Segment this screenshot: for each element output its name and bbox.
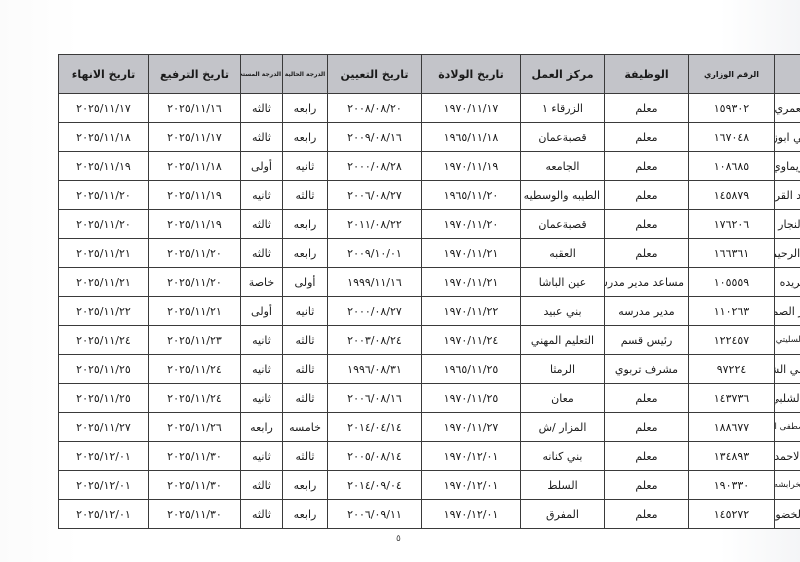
cell-due-grade: ثالثه — [241, 239, 283, 268]
cell-work-center: الرمثا — [521, 355, 605, 384]
cell-work-center: معان — [521, 384, 605, 413]
cell-current-grade: خامسه — [283, 413, 328, 442]
cell-due-grade: ثالثه — [241, 210, 283, 239]
cell-appointment-date: ١٩٩٦/٠٨/٣١ — [328, 355, 422, 384]
cell-promotion-date: ٢٠٢٥/١١/١٨ — [149, 152, 241, 181]
cell-name: منى محمد عبدالقادر الصمادي — [775, 297, 800, 326]
cell-appointment-date: ٢٠٠٠/٠٨/٢٨ — [328, 152, 422, 181]
cell-appointment-date: ٢٠٠٩/١٠/٠١ — [328, 239, 422, 268]
promotion-table: الرقم الاسم الرقم الوزاري الوظيفة مركز ا… — [58, 54, 800, 529]
cell-appointment-date: ٢٠٠٥/٠٨/١٤ — [328, 442, 422, 471]
cell-current-grade: رابعه — [283, 239, 328, 268]
cell-appointment-date: ٢٠٠٦/٠٨/١٦ — [328, 384, 422, 413]
header-ministry-id: الرقم الوزاري — [689, 55, 775, 94]
cell-ministry-id: ١٣٤٨٩٣ — [689, 442, 775, 471]
cell-name: سهاد عثمان احمد العمري — [775, 94, 800, 123]
cell-end-date: ٢٠٢٥/١٢/٠١ — [59, 471, 149, 500]
cell-name: مريم محمود صالح الخضور — [775, 500, 800, 529]
cell-work-center: بني كنانه — [521, 442, 605, 471]
table-row: ٧٣اسما محمود محمد الاحمد١٣٤٨٩٣معلمبني كن… — [59, 442, 800, 471]
header-name: الاسم — [775, 55, 800, 94]
header-promotion-date: تاريخ الترفيع — [149, 55, 241, 94]
cell-ministry-id: ١٥٩٣٠٢ — [689, 94, 775, 123]
cell-birth-date: ١٩٧٠/١٢/٠١ — [422, 442, 521, 471]
cell-work-center: عين الباشا — [521, 268, 605, 297]
cell-due-grade: ثانيه — [241, 442, 283, 471]
cell-end-date: ٢٠٢٥/١١/٢٤ — [59, 326, 149, 355]
cell-ministry-id: ١٢٢٤٥٧ — [689, 326, 775, 355]
cell-work-center: الجامعه — [521, 152, 605, 181]
header-due-grade: الدرجة المستحقة — [241, 55, 283, 94]
cell-end-date: ٢٠٢٥/١١/٢٥ — [59, 384, 149, 413]
table-row: ٦٢اسماعيل شحاده علي ابوزمع١٦٧٠٤٨معلمقصبة… — [59, 123, 800, 152]
table-row: ٦٧سناء نمر عقاب الشريده١٠٥٥٥٩مساعد مدير … — [59, 268, 800, 297]
cell-birth-date: ١٩٧٠/١٢/٠١ — [422, 500, 521, 529]
cell-appointment-date: ٢٠٠٦/٠٩/١١ — [328, 500, 422, 529]
cell-current-grade: ثالثه — [283, 326, 328, 355]
cell-name: فداء خالد سعود عبدالرحيم — [775, 239, 800, 268]
cell-name: سناء احمد محمد الريماوي — [775, 152, 800, 181]
cell-birth-date: ١٩٧٠/١١/٢٧ — [422, 413, 521, 442]
cell-birth-date: ١٩٧٠/١١/١٧ — [422, 94, 521, 123]
cell-job: رئيس قسم — [605, 326, 689, 355]
cell-due-grade: ثالثه — [241, 471, 283, 500]
cell-end-date: ٢٠٢٥/١١/١٧ — [59, 94, 149, 123]
cell-birth-date: ١٩٧٠/١١/٢١ — [422, 268, 521, 297]
cell-name: سناء نمر عقاب الشريده — [775, 268, 800, 297]
cell-current-grade: رابعه — [283, 94, 328, 123]
cell-ministry-id: ١٨٨٦٧٧ — [689, 413, 775, 442]
cell-due-grade: ثانيه — [241, 384, 283, 413]
cell-work-center: السلط — [521, 471, 605, 500]
cell-due-grade: ثالثه — [241, 94, 283, 123]
cell-current-grade: رابعه — [283, 210, 328, 239]
cell-birth-date: ١٩٧٠/١١/٢٢ — [422, 297, 521, 326]
cell-job: معلم — [605, 210, 689, 239]
table-row: ٦٤محمود ابراهيم محمد القرعان١٤٥٨٧٩معلمال… — [59, 181, 800, 210]
cell-birth-date: ١٩٦٥/١١/١٨ — [422, 123, 521, 152]
cell-work-center: التعليم المهني — [521, 326, 605, 355]
cell-end-date: ٢٠٢٥/١١/٢٧ — [59, 413, 149, 442]
cell-appointment-date: ٢٠٠٦/٠٨/٢٧ — [328, 181, 422, 210]
cell-end-date: ٢٠٢٥/١٢/٠١ — [59, 500, 149, 529]
cell-job: معلم — [605, 181, 689, 210]
cell-ministry-id: ١٠٨٦٨٥ — [689, 152, 775, 181]
cell-job: مدير مدرسه — [605, 297, 689, 326]
cell-birth-date: ١٩٧٠/١١/٢٠ — [422, 210, 521, 239]
table-row: ٧١مارلين خليل قاسم الشلبي١٤٣٧٣٦معلممعان١… — [59, 384, 800, 413]
page-number: ٥ — [396, 534, 401, 544]
cell-due-grade: رابعه — [241, 413, 283, 442]
cell-end-date: ٢٠٢٥/١١/٢١ — [59, 268, 149, 297]
cell-appointment-date: ١٩٩٩/١١/١٦ — [328, 268, 422, 297]
cell-promotion-date: ٢٠٢٥/١١/٢٤ — [149, 384, 241, 413]
cell-name: رحاب علي سلمان النجار — [775, 210, 800, 239]
cell-appointment-date: ٢٠١٤/٠٤/١٤ — [328, 413, 422, 442]
cell-due-grade: ثانيه — [241, 355, 283, 384]
cell-appointment-date: ٢٠٠٠/٠٨/٢٧ — [328, 297, 422, 326]
cell-name: امل نصرالدين ضيف الله السليتي — [775, 326, 800, 355]
cell-appointment-date: ٢٠٠٣/٠٨/٢٤ — [328, 326, 422, 355]
cell-due-grade: أولى — [241, 152, 283, 181]
cell-ministry-id: ١٤٣٧٣٦ — [689, 384, 775, 413]
cell-end-date: ٢٠٢٥/١١/٢٢ — [59, 297, 149, 326]
cell-end-date: ٢٠٢٥/١١/٢١ — [59, 239, 149, 268]
cell-job: معلم — [605, 413, 689, 442]
document-page: الرقم الاسم الرقم الوزاري الوظيفة مركز ا… — [0, 0, 800, 562]
cell-current-grade: ثالثه — [283, 355, 328, 384]
cell-job: معلم — [605, 239, 689, 268]
cell-promotion-date: ٢٠٢٥/١١/٣٠ — [149, 442, 241, 471]
cell-name: اسماعيل شحاده علي ابوزمع — [775, 123, 800, 152]
cell-work-center: المزار /ش — [521, 413, 605, 442]
table-row: ٦٦فداء خالد سعود عبدالرحيم١٦٦٣٦١معلمالعق… — [59, 239, 800, 268]
cell-work-center: الطيبه والوسطيه — [521, 181, 605, 210]
cell-work-center: العقبه — [521, 239, 605, 268]
header-current-grade: الدرجة الحالية — [283, 55, 328, 94]
cell-ministry-id: ١٦٧٠٤٨ — [689, 123, 775, 152]
header-birth-date: تاريخ الولادة — [422, 55, 521, 94]
cell-work-center: قصبةعمان — [521, 123, 605, 152]
cell-end-date: ٢٠٢٥/١١/١٨ — [59, 123, 149, 152]
cell-name: منى عبداللطيف الشيخ مصطفى العمرى — [775, 413, 800, 442]
table-row: ٧٥مريم محمود صالح الخضور١٤٥٢٧٢معلمالمفرق… — [59, 500, 800, 529]
cell-job: مساعد مدير مدرسه — [605, 268, 689, 297]
cell-name: مارلين خليل قاسم الشلبي — [775, 384, 800, 413]
cell-work-center: الزرقاء ١ — [521, 94, 605, 123]
table-row: ٧٠عبدالمعطي احمد علي الشلول٩٧٢٢٤مشرف ترب… — [59, 355, 800, 384]
cell-name: ميسون عبدالرزاق احمد الخرابشه — [775, 471, 800, 500]
cell-current-grade: رابعه — [283, 500, 328, 529]
cell-promotion-date: ٢٠٢٥/١١/٢٤ — [149, 355, 241, 384]
cell-ministry-id: ١٧٦٢٠٦ — [689, 210, 775, 239]
cell-due-grade: خاصة — [241, 268, 283, 297]
header-job: الوظيفة — [605, 55, 689, 94]
cell-current-grade: ثالثه — [283, 442, 328, 471]
cell-promotion-date: ٢٠٢٥/١١/١٧ — [149, 123, 241, 152]
cell-ministry-id: ١٤٥٢٧٢ — [689, 500, 775, 529]
cell-due-grade: ثالثه — [241, 123, 283, 152]
cell-work-center: المفرق — [521, 500, 605, 529]
cell-promotion-date: ٢٠٢٥/١١/١٩ — [149, 181, 241, 210]
cell-current-grade: ثالثه — [283, 181, 328, 210]
table-body: ٦١سهاد عثمان احمد العمري١٥٩٣٠٢معلمالزرقا… — [59, 94, 800, 529]
cell-due-grade: ثانيه — [241, 181, 283, 210]
cell-job: معلم — [605, 442, 689, 471]
cell-due-grade: ثالثه — [241, 500, 283, 529]
table-row: ٧٤ميسون عبدالرزاق احمد الخرابشه١٩٠٣٣٠معل… — [59, 471, 800, 500]
header-appointment-date: تاريخ التعيين — [328, 55, 422, 94]
cell-birth-date: ١٩٧٠/١١/٢١ — [422, 239, 521, 268]
cell-promotion-date: ٢٠٢٥/١١/٢٠ — [149, 239, 241, 268]
cell-end-date: ٢٠٢٥/١١/٢٥ — [59, 355, 149, 384]
cell-end-date: ٢٠٢٥/١٢/٠١ — [59, 442, 149, 471]
cell-ministry-id: ١١٠٢٦٣ — [689, 297, 775, 326]
cell-birth-date: ١٩٧٠/١٢/٠١ — [422, 471, 521, 500]
cell-appointment-date: ٢٠٠٩/٠٨/١٦ — [328, 123, 422, 152]
cell-current-grade: ثانيه — [283, 297, 328, 326]
cell-work-center: قصبةعمان — [521, 210, 605, 239]
table-row: ٧٢منى عبداللطيف الشيخ مصطفى العمرى١٨٨٦٧٧… — [59, 413, 800, 442]
cell-name: اسما محمود محمد الاحمد — [775, 442, 800, 471]
cell-job: معلم — [605, 500, 689, 529]
header-work-center: مركز العمل — [521, 55, 605, 94]
cell-promotion-date: ٢٠٢٥/١١/٢٠ — [149, 268, 241, 297]
cell-ministry-id: ١٤٥٨٧٩ — [689, 181, 775, 210]
cell-promotion-date: ٢٠٢٥/١١/٢٦ — [149, 413, 241, 442]
cell-current-grade: ثالثه — [283, 384, 328, 413]
cell-promotion-date: ٢٠٢٥/١١/٣٠ — [149, 500, 241, 529]
cell-name: محمود ابراهيم محمد القرعان — [775, 181, 800, 210]
cell-birth-date: ١٩٧٠/١١/٢٥ — [422, 384, 521, 413]
cell-ministry-id: ١٦٦٣٦١ — [689, 239, 775, 268]
cell-due-grade: ثانيه — [241, 326, 283, 355]
cell-appointment-date: ٢٠١١/٠٨/٢٢ — [328, 210, 422, 239]
cell-job: معلم — [605, 94, 689, 123]
table-row: ٦٣سناء احمد محمد الريماوي١٠٨٦٨٥معلمالجام… — [59, 152, 800, 181]
cell-promotion-date: ٢٠٢٥/١١/٣٠ — [149, 471, 241, 500]
cell-current-grade: رابعه — [283, 123, 328, 152]
table-header-row: الرقم الاسم الرقم الوزاري الوظيفة مركز ا… — [59, 55, 800, 94]
cell-job: مشرف تربوي — [605, 355, 689, 384]
cell-appointment-date: ٢٠١٤/٠٩/٠٤ — [328, 471, 422, 500]
cell-end-date: ٢٠٢٥/١١/٢٠ — [59, 181, 149, 210]
header-end-date: تاريخ الانهاء — [59, 55, 149, 94]
cell-ministry-id: ١٩٠٣٣٠ — [689, 471, 775, 500]
cell-ministry-id: ٩٧٢٢٤ — [689, 355, 775, 384]
cell-current-grade: ثانيه — [283, 152, 328, 181]
cell-end-date: ٢٠٢٥/١١/١٩ — [59, 152, 149, 181]
cell-promotion-date: ٢٠٢٥/١١/١٩ — [149, 210, 241, 239]
cell-appointment-date: ٢٠٠٨/٠٨/٢٠ — [328, 94, 422, 123]
cell-job: معلم — [605, 123, 689, 152]
cell-work-center: بني عبيد — [521, 297, 605, 326]
table-row: ٦٨منى محمد عبدالقادر الصمادي١١٠٢٦٣مدير م… — [59, 297, 800, 326]
cell-end-date: ٢٠٢٥/١١/٢٠ — [59, 210, 149, 239]
cell-job: معلم — [605, 152, 689, 181]
cell-promotion-date: ٢٠٢٥/١١/١٦ — [149, 94, 241, 123]
cell-job: معلم — [605, 384, 689, 413]
cell-job: معلم — [605, 471, 689, 500]
cell-promotion-date: ٢٠٢٥/١١/٢٣ — [149, 326, 241, 355]
cell-promotion-date: ٢٠٢٥/١١/٢١ — [149, 297, 241, 326]
cell-birth-date: ١٩٦٥/١١/٢٥ — [422, 355, 521, 384]
cell-current-grade: رابعه — [283, 471, 328, 500]
cell-name: عبدالمعطي احمد علي الشلول — [775, 355, 800, 384]
cell-birth-date: ١٩٧٠/١١/١٩ — [422, 152, 521, 181]
table-row: ٦٥رحاب علي سلمان النجار١٧٦٢٠٦معلمقصبةعما… — [59, 210, 800, 239]
table-row: ٦١سهاد عثمان احمد العمري١٥٩٣٠٢معلمالزرقا… — [59, 94, 800, 123]
table-row: ٦٩امل نصرالدين ضيف الله السليتي١٢٢٤٥٧رئي… — [59, 326, 800, 355]
cell-ministry-id: ١٠٥٥٥٩ — [689, 268, 775, 297]
cell-birth-date: ١٩٧٠/١١/٢٤ — [422, 326, 521, 355]
cell-due-grade: أولى — [241, 297, 283, 326]
cell-birth-date: ١٩٦٥/١١/٢٠ — [422, 181, 521, 210]
cell-current-grade: أولى — [283, 268, 328, 297]
